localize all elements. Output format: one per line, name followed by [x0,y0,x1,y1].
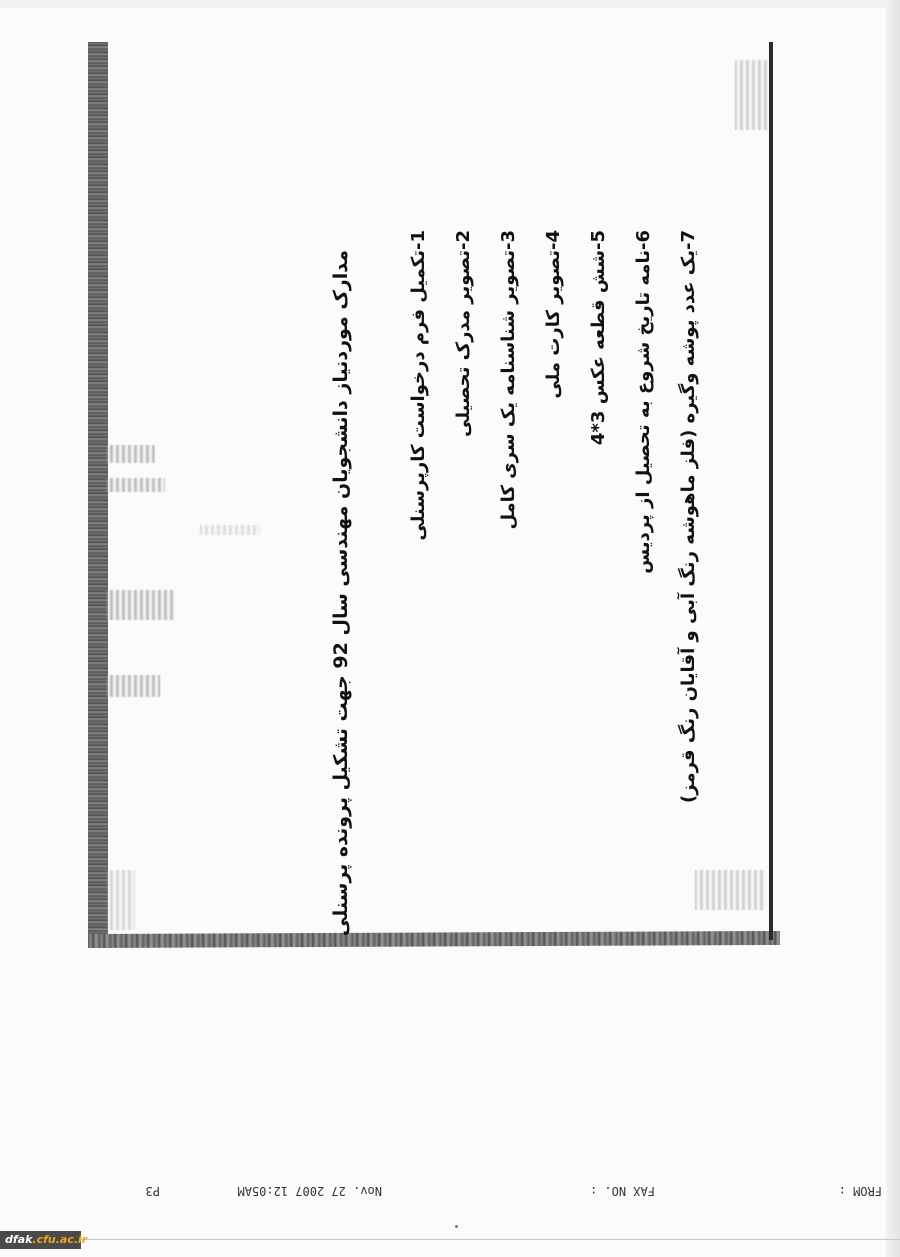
fax-timestamp: Nov. 27 2007 12:05AM [238,1184,383,1198]
item-text: تصویر مدرک تحصیلی [453,250,474,437]
list-item: 2-تصویر مدرک تحصیلی [441,230,486,920]
scan-noise [105,675,160,697]
item-number: 7- [666,230,711,250]
scan-frame-right-border [769,42,773,940]
item-text: تصویر شناسنامه یک سری کامل [498,250,519,530]
list-item: 4-تصویر کارت ملی [531,230,576,920]
scan-noise [105,445,155,463]
site-watermark: dfak.cfu.ac.ir [0,1231,81,1249]
list-item: 7-یک عدد پوشه وگیره (فلز ماهوشه رنگ آبی … [666,230,711,920]
item-number: 3- [486,230,531,250]
scan-noise [105,870,135,930]
fax-page-number: P3 [146,1184,160,1198]
page-right-edge [886,0,900,1257]
document-body: مدارک موردنیاز دانشجویان مهندسی سال 92 ج… [330,230,690,930]
page-top-edge [0,0,900,8]
item-number: 4- [531,230,576,250]
item-number: 2- [441,230,486,250]
scan-noise [735,60,770,130]
item-number: 6- [621,230,666,250]
item-text: تکمیل فرم درخواست کارپرسنلی [408,250,429,541]
watermark-part2: .cfu.ac.ir [32,1233,87,1246]
required-documents-list: 1-تکمیل فرم درخواست کارپرسنلی 2-تصویر مد… [396,230,711,920]
document-title: مدارک موردنیاز دانشجویان مهندسی سال 92 ج… [330,250,352,936]
item-text: نامه تاریخ شروع به تحصیل از پردیس [633,250,654,574]
item-text: تصویر کارت ملی [543,250,564,399]
item-text: یک عدد پوشه وگیره (فلز ماهوشه رنگ آبی و … [678,250,699,803]
scan-frame-left-border [88,42,108,948]
list-item: 5-شش قطعه عکس 3*4 [576,230,621,920]
fax-from-label: FROM : [839,1184,882,1198]
list-item: 3-تصویر شناسنامه یک سری کامل [486,230,531,920]
item-text: شش قطعه عکس 3*4 [588,250,609,445]
scan-noise [200,525,260,535]
scan-noise [105,478,165,492]
scan-noise [105,590,175,620]
fax-number-label: FAX NO. : [590,1184,655,1198]
scan-dot [455,1225,458,1228]
watermark-part1: dfak [5,1233,32,1246]
page-bottom-line [81,1239,900,1240]
item-number: 5- [576,230,621,250]
fax-header: FROM : FAX NO. : Nov. 27 2007 12:05AM P3 [90,1178,890,1204]
list-item: 6-نامه تاریخ شروع به تحصیل از پردیس [621,230,666,920]
list-item: 1-تکمیل فرم درخواست کارپرسنلی [396,230,441,920]
item-number: 1- [396,230,441,250]
scan-frame-bottom-border [88,931,780,948]
